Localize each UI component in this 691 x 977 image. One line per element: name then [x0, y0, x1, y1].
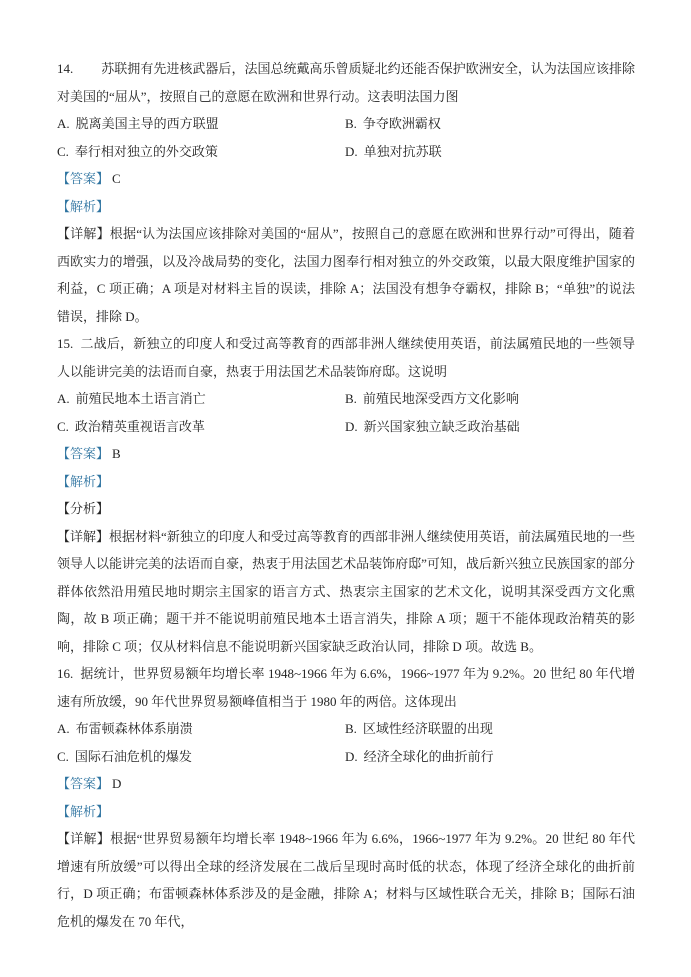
option-d-label: D.	[345, 144, 358, 159]
jiexi-label: 【解析】	[57, 804, 109, 819]
jiexi-label: 【解析】	[57, 199, 109, 214]
answer-line: 【答案】B	[57, 440, 635, 468]
option-d: D.新兴国家独立缺乏政治基础	[345, 413, 635, 441]
question-stem-text: 二战后，新独立的印度人和受过高等教育的西部非洲人继续使用英语，前法属殖民地的一些…	[57, 336, 635, 379]
answer-value: B	[112, 446, 121, 461]
option-a-text: 前殖民地本土语言消亡	[76, 391, 206, 406]
options-row-ab: A.前殖民地本土语言消亡 B.前殖民地深受西方文化影响	[57, 385, 635, 413]
option-a-label: A.	[57, 721, 70, 736]
fenxi-label: 【分析】	[57, 501, 109, 516]
option-d-label: D.	[345, 419, 358, 434]
answer-line: 【答案】C	[57, 165, 635, 193]
option-d-text: 单独对抗苏联	[364, 144, 442, 159]
option-a-label: A.	[57, 391, 70, 406]
question-stem: 16.据统计，世界贸易额年均增长率 1948~1966 年为 6.6%，1966…	[57, 660, 635, 715]
answer-value: C	[112, 171, 121, 186]
option-c: C.政治精英重视语言改革	[57, 413, 345, 441]
option-b: B.争夺欧洲霸权	[345, 110, 635, 138]
option-b-label: B.	[345, 391, 357, 406]
option-a: A.脱离美国主导的西方联盟	[57, 110, 345, 138]
question-16-block: 16.据统计，世界贸易额年均增长率 1948~1966 年为 6.6%，1966…	[57, 660, 635, 935]
option-c-label: C.	[57, 419, 69, 434]
question-stem-text: 苏联拥有先进核武器后，法国总统戴高乐曾质疑北约还能否保护欧洲安全，认为法国应该排…	[57, 61, 635, 104]
option-c-text: 奉行相对独立的外交政策	[75, 144, 218, 159]
detail-text: 根据“认为法国应该排除对美国的“屈从”，按照自己的意愿在欧洲和世界行动”可得出，…	[57, 226, 635, 324]
exam-document-page: 14.苏联拥有先进核武器后，法国总统戴高乐曾质疑北约还能否保护欧洲安全，认为法国…	[0, 0, 691, 977]
question-number: 15.	[57, 336, 73, 351]
detail-label: 【详解】	[57, 226, 110, 241]
analysis-line: 【解析】	[57, 193, 635, 221]
option-a: A.布雷顿森林体系崩溃	[57, 715, 345, 743]
option-a-label: A.	[57, 116, 70, 131]
detail-paragraph: 【详解】根据材料“新独立的印度人和受过高等教育的西部非洲人继续使用英语，前法属殖…	[57, 523, 635, 661]
option-b: B.区域性经济联盟的出现	[345, 715, 635, 743]
detail-text: 根据“世界贸易额年均增长率 1948~1966 年为 6.6%，1966~197…	[57, 831, 635, 929]
detail-text: 根据材料“新独立的印度人和受过高等教育的西部非洲人继续使用英语，前法属殖民地的一…	[57, 529, 635, 654]
detail-paragraph: 【详解】根据“世界贸易额年均增长率 1948~1966 年为 6.6%，1966…	[57, 825, 635, 935]
detail-label: 【详解】	[57, 831, 110, 846]
option-d-text: 新兴国家独立缺乏政治基础	[364, 419, 520, 434]
option-a-text: 布雷顿森林体系崩溃	[76, 721, 193, 736]
option-c-text: 政治精英重视语言改革	[75, 419, 205, 434]
option-c-text: 国际石油危机的爆发	[75, 749, 192, 764]
question-stem: 14.苏联拥有先进核武器后，法国总统戴高乐曾质疑北约还能否保护欧洲安全，认为法国…	[57, 55, 635, 110]
option-b: B.前殖民地深受西方文化影响	[345, 385, 635, 413]
question-15-block: 15.二战后，新独立的印度人和受过高等教育的西部非洲人继续使用英语，前法属殖民地…	[57, 330, 635, 660]
option-b-text: 前殖民地深受西方文化影响	[363, 391, 519, 406]
options-row-cd: C.奉行相对独立的外交政策 D.单独对抗苏联	[57, 138, 635, 166]
option-d-text: 经济全球化的曲折前行	[364, 749, 494, 764]
answer-label: 【答案】	[57, 171, 109, 186]
option-d-label: D.	[345, 749, 358, 764]
analysis-line: 【解析】	[57, 798, 635, 826]
option-b-label: B.	[345, 116, 357, 131]
answer-line: 【答案】D	[57, 770, 635, 798]
detail-label: 【详解】	[57, 529, 109, 544]
option-d: D.单独对抗苏联	[345, 138, 635, 166]
jiexi-label: 【解析】	[57, 474, 109, 489]
option-a-text: 脱离美国主导的西方联盟	[76, 116, 219, 131]
analysis-line: 【解析】	[57, 468, 635, 496]
option-d: D.经济全球化的曲折前行	[345, 743, 635, 771]
option-c: C.国际石油危机的爆发	[57, 743, 345, 771]
question-number: 16.	[57, 666, 73, 681]
answer-label: 【答案】	[57, 446, 109, 461]
option-c-label: C.	[57, 144, 69, 159]
option-c-label: C.	[57, 749, 69, 764]
answer-label: 【答案】	[57, 776, 109, 791]
question-number: 14.	[57, 61, 73, 76]
detail-paragraph: 【详解】根据“认为法国应该排除对美国的“屈从”，按照自己的意愿在欧洲和世界行动”…	[57, 220, 635, 330]
question-stem-text: 据统计，世界贸易额年均增长率 1948~1966 年为 6.6%，1966~19…	[57, 666, 635, 709]
options-row-cd: C.政治精英重视语言改革 D.新兴国家独立缺乏政治基础	[57, 413, 635, 441]
option-b-text: 争夺欧洲霸权	[363, 116, 441, 131]
option-c: C.奉行相对独立的外交政策	[57, 138, 345, 166]
fenxi-line: 【分析】	[57, 495, 635, 523]
question-14-block: 14.苏联拥有先进核武器后，法国总统戴高乐曾质疑北约还能否保护欧洲安全，认为法国…	[57, 55, 635, 330]
answer-value: D	[112, 776, 121, 791]
options-row-ab: A.布雷顿森林体系崩溃 B.区域性经济联盟的出现	[57, 715, 635, 743]
option-a: A.前殖民地本土语言消亡	[57, 385, 345, 413]
options-row-ab: A.脱离美国主导的西方联盟 B.争夺欧洲霸权	[57, 110, 635, 138]
question-stem: 15.二战后，新独立的印度人和受过高等教育的西部非洲人继续使用英语，前法属殖民地…	[57, 330, 635, 385]
options-row-cd: C.国际石油危机的爆发 D.经济全球化的曲折前行	[57, 743, 635, 771]
option-b-label: B.	[345, 721, 357, 736]
option-b-text: 区域性经济联盟的出现	[363, 721, 493, 736]
